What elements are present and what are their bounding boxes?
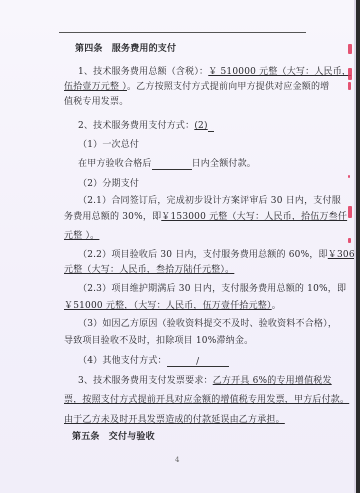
installment-2-1-line3: 元整 ）。	[64, 231, 99, 242]
total-amount-words: 伍拾壹万元整 ）	[64, 82, 127, 92]
item1-line1: 1、技术服务费用总额（含税）：￥ 510000 元整（大写：人民币，	[78, 67, 351, 78]
days-blank	[152, 160, 192, 170]
installment-2-2-line2: 元整（大写：人民币，叁拾万陆仟元整）。	[64, 265, 234, 276]
invoice-req-line2: 票，按照支付方式提前开具对应金额的增值税专用发票，甲方后付款。	[64, 395, 349, 406]
page-number: 4	[175, 456, 179, 464]
invoice-req-line3: 由于乙方未及时开具发票造成的付款延误由乙方承担。	[64, 415, 285, 426]
header-rule	[59, 32, 306, 33]
option1-title: （1）一次总付	[78, 140, 139, 151]
seal-stamp-mark	[348, 68, 352, 80]
invoice-req-line1: 3、技术服务费用支付发票要求：乙方开具 6%的专用增值税发	[78, 376, 332, 387]
installment-2-1-line1: （2.1）合同签订后，完成初步设计方案评审后 30 日内，支付服	[78, 196, 341, 207]
scan-edge	[356, 0, 360, 493]
section-5-title: 第五条 交付与验收	[72, 432, 155, 443]
option2-title: （2）分期支付	[78, 179, 139, 190]
installment-2-3-line2: ￥51000 元整，（大写：人民币，伍万壹仟拾元整）。	[64, 301, 281, 312]
installment-2-3-line1: （2.3）项目维护期满后 30 日内，支付服务费用总额的 10%，即	[78, 284, 346, 295]
penalty-line2: 导致项目验收不及时，扣除项目 10%滞纳金。	[64, 336, 253, 347]
total-amount: ￥ 510000 元整（大写：人民币，	[208, 67, 351, 77]
seal-stamp-mark	[348, 82, 351, 90]
seal-stamp-mark	[348, 44, 352, 54]
seal-stamp-mark	[348, 238, 351, 243]
payment-method: 2、技术服务费用支付方式：(2)	[78, 121, 214, 132]
installment-2-2-line1: （2.2）项目验收后 30 日内，支付服务费用总额的 60%，即￥306000	[78, 250, 360, 261]
other-payment: （4）其他支付方式：/	[78, 356, 229, 367]
seal-stamp-mark	[348, 175, 350, 178]
penalty-line1: （3）如因乙方原因（验收资料提交不及时、验收资料不合格），	[78, 319, 337, 330]
section-4-title: 第四条 服务费用的支付	[75, 44, 176, 55]
option1-text: 在甲方验收合格后日内全额付款。	[78, 159, 256, 170]
document-page: 第四条 服务费用的支付 1、技术服务费用总额（含税）：￥ 510000 元整（大…	[0, 0, 356, 493]
other-payment-value: /	[167, 357, 229, 367]
installment-2-1-line2: 务费用总额的 30%，即￥153000 元整（大写：人民币，拾伍万叁仟	[64, 212, 347, 223]
payment-method-value: (2)	[194, 121, 207, 131]
item1-line3: 值税专用发票。	[64, 97, 128, 108]
item1-line2: 伍拾壹万元整 ）。乙方按照支付方式提前向甲方提供对应金额的增	[64, 82, 329, 93]
seal-stamp-mark	[348, 206, 352, 218]
